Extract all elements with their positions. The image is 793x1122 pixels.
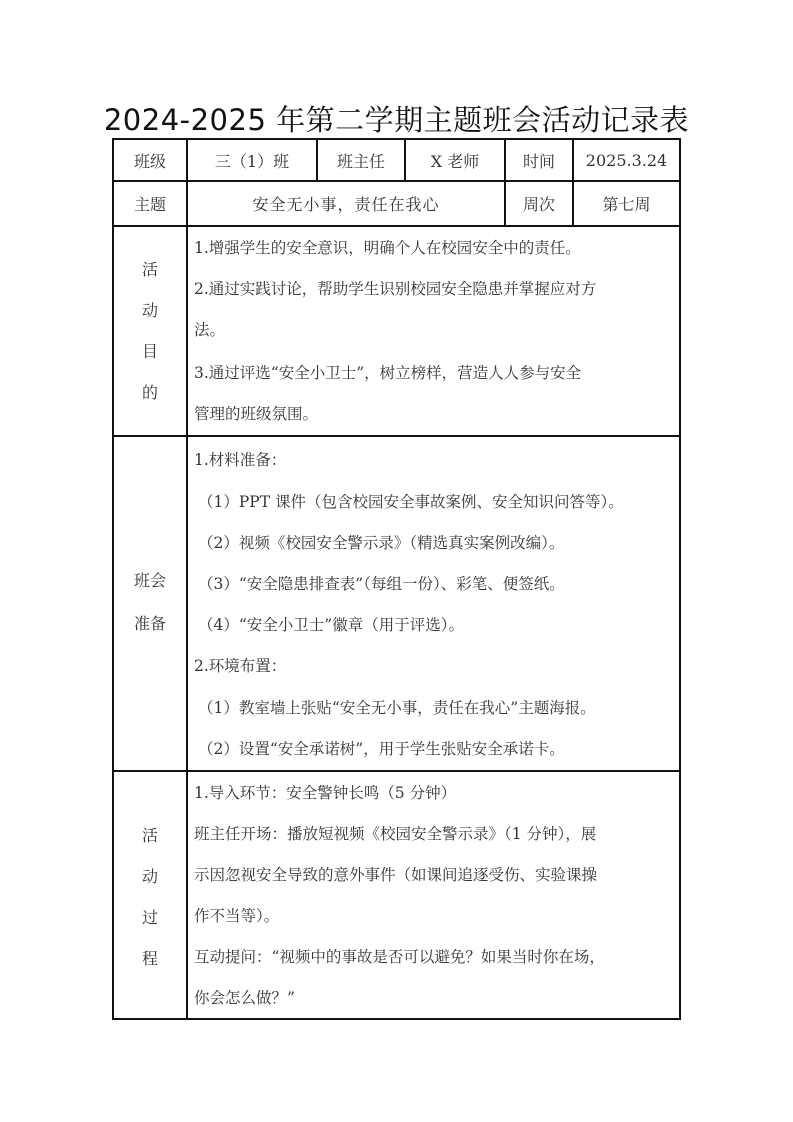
label-char: 的 <box>142 372 158 413</box>
label-char: 动 <box>142 856 158 897</box>
preparation-line: （4）“安全小卫士”徽章（用于评选）。 <box>198 613 464 635</box>
preparation-label: 班会 准备 <box>114 562 186 642</box>
label-line: 班会 <box>134 559 166 602</box>
document-title: 2024-2025 年第二学期主题班会活动记录表 <box>0 98 793 139</box>
label-line: 准备 <box>134 602 166 645</box>
label-char: 活 <box>142 815 158 856</box>
teacher-value: X 老师 <box>406 140 504 180</box>
preparation-line: （1）PPT 课件（包含校园安全事故案例、安全知识问答等）。 <box>198 490 624 512</box>
objective-line: 法。 <box>194 318 225 340</box>
preparation-line: （2）设置“安全承诺树”，用于学生张贴安全承诺卡。 <box>198 737 565 759</box>
row-divider <box>112 770 681 772</box>
objective-line: 3.通过评选“安全小卫士”，树立榜样，营造人人参与安全 <box>194 361 581 383</box>
time-label: 时间 <box>506 140 572 180</box>
process-line: 互动提问：“视频中的事故是否可以避免？如果当时你在场， <box>194 945 605 967</box>
objective-line: 1.增强学生的安全意识，明确个人在校园安全中的责任。 <box>194 236 581 258</box>
class-label: 班级 <box>114 140 186 180</box>
process-line: 示因忽视安全导致的意外事件（如课间追逐受伤、实验课操 <box>194 863 597 885</box>
theme-label: 主题 <box>114 182 186 225</box>
row-divider <box>112 435 681 437</box>
process-line: 1.导入环节：安全警钟长鸣（5 分钟） <box>194 781 456 803</box>
time-value: 2025.3.24 <box>574 140 679 180</box>
label-char: 动 <box>142 290 158 331</box>
theme-value: 安全无小事，责任在我心 <box>188 182 504 225</box>
process-line: 你会怎么做？” <box>194 986 295 1008</box>
row-divider <box>112 225 681 227</box>
label-char: 目 <box>142 331 158 372</box>
preparation-line: 1.材料准备： <box>194 448 286 470</box>
objectives-label: 活 动 目 的 <box>114 227 186 435</box>
col-divider <box>186 138 188 1020</box>
preparation-line: （2）视频《校园安全警示录》（精选真实案例改编）。 <box>198 531 564 553</box>
preparation-line: （1）教室墙上张贴“安全无小事，责任在我心”主题海报。 <box>198 696 596 718</box>
label-char: 过 <box>142 897 158 938</box>
preparation-line: （3）“安全隐患排查表”（每组一份）、彩笔、便签纸。 <box>198 572 565 594</box>
week-label: 周次 <box>506 182 572 225</box>
class-value: 三（1）班 <box>188 140 316 180</box>
process-line: 作不当等）。 <box>194 904 279 926</box>
label-char: 程 <box>142 938 158 979</box>
objective-line: 管理的班级氛围。 <box>194 402 318 424</box>
week-value: 第七周 <box>574 182 679 225</box>
process-label: 活 动 过 程 <box>114 815 186 979</box>
teacher-label: 班主任 <box>318 140 404 180</box>
process-line: 班主任开场：播放短视频《校园安全警示录》（1 分钟），展 <box>194 822 596 844</box>
preparation-line: 2.环境布置： <box>194 654 286 676</box>
objective-line: 2.通过实践讨论，帮助学生识别校园安全隐患并掌握应对方 <box>194 277 596 299</box>
label-char: 活 <box>142 249 158 290</box>
